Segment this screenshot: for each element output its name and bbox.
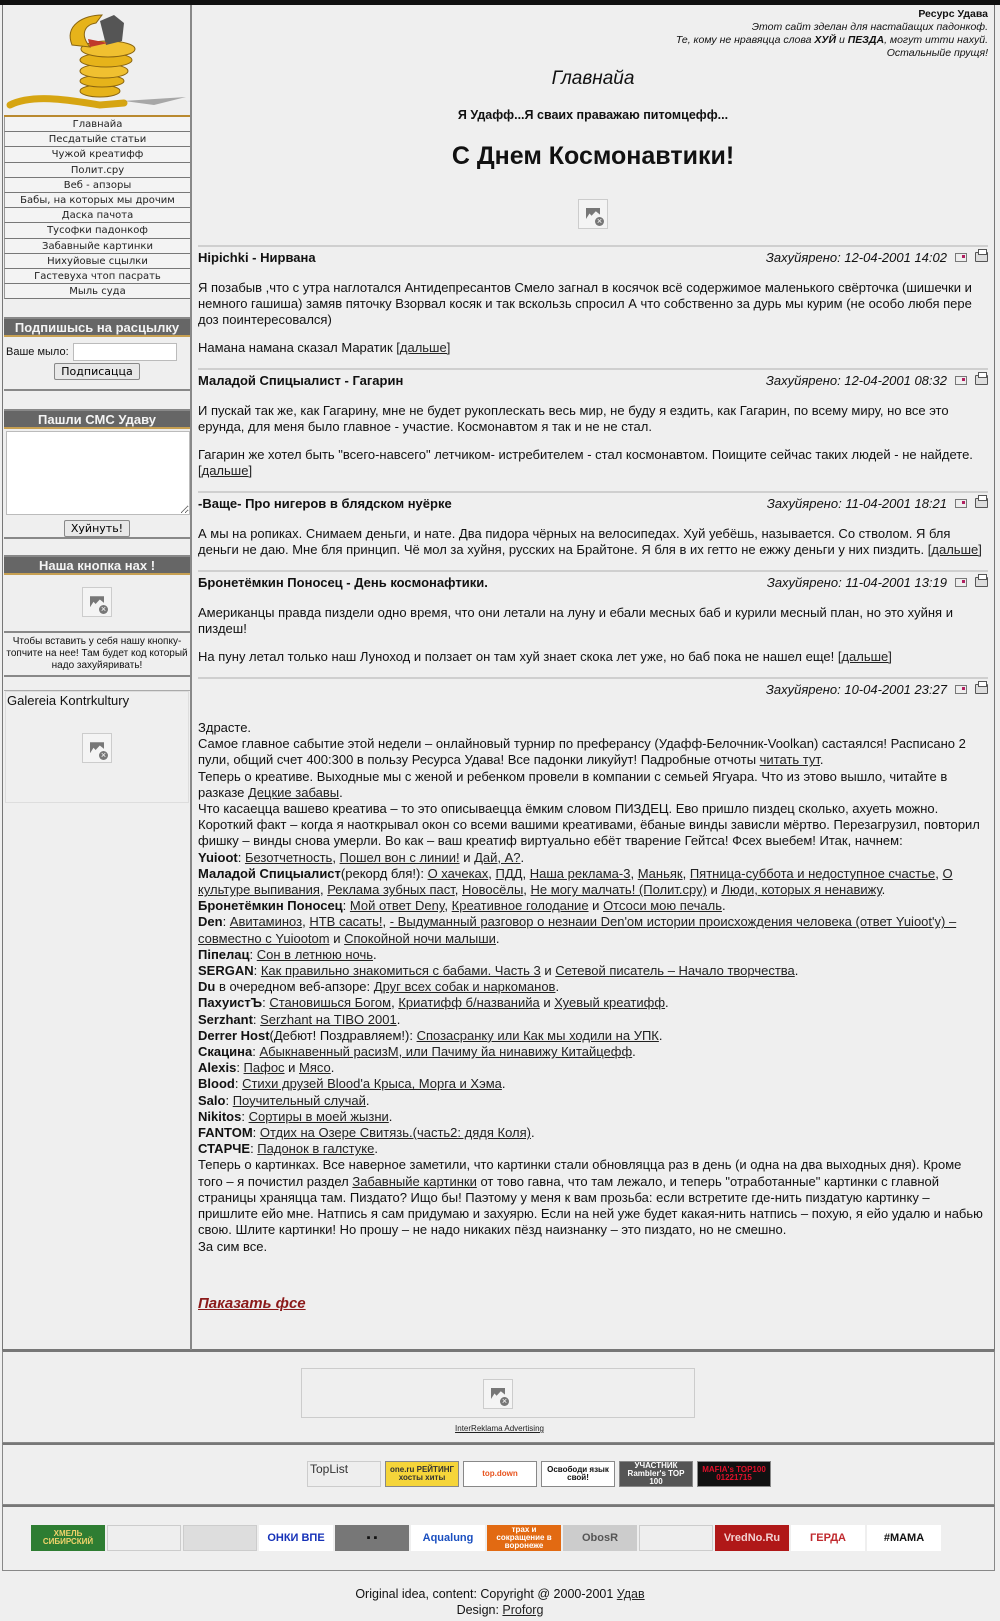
author-entry: Скацина: Абыкнавенный расизМ, или Пачиму… [198, 1044, 988, 1060]
nav-link[interactable]: Бабы, на которых мы дрочим [20, 195, 175, 206]
text: Гагарин же хотел быть "всего-навсего" ле… [198, 447, 973, 462]
author-entry: Yuioot: Безотчетность, Пошел вон с линии… [198, 850, 988, 866]
author-name: Nikitos [198, 1109, 241, 1124]
post-paragraph: И пускай так же, как Гагарину, мне не бу… [198, 403, 988, 435]
work-link[interactable]: Спокойной ночи малыши [344, 931, 496, 946]
nav-item[interactable]: Гастевуха чтоп пасрать [4, 269, 190, 284]
partner-banner[interactable]: ХМЕЛЬ СИБИРСКИЙ [31, 1525, 105, 1551]
print-icon[interactable] [975, 684, 988, 694]
work-link[interactable]: Сетевой писатель – Начало творчества [555, 963, 795, 978]
sms-send-button[interactable]: Хуйнуть! [64, 520, 130, 537]
separator: : [253, 1125, 260, 1140]
info-text: , могут итти нахуй. [884, 34, 988, 46]
author-name: СТАРЧЕ [198, 1141, 250, 1156]
nav-link[interactable]: Мыль суда [69, 286, 125, 297]
work-link[interactable]: Сон в летнюю ночь [257, 947, 373, 962]
post-title: Бронетёмкин Поносец - День космонафтики. [198, 575, 488, 590]
nav-link[interactable]: Даска пачота [62, 210, 133, 221]
author-name: Маладой Спицыалист [198, 866, 341, 881]
author-entry: Salo: Поучительный случай. [198, 1093, 988, 1109]
work-link[interactable]: Не могу малчать! (Полит.сру) [531, 882, 707, 897]
main-nav: Главнайа Песдатыйе статьи Чужой креатифф… [4, 117, 190, 299]
design-text: Design: [457, 1603, 503, 1617]
counter-list: TopListone.ru РЕЙТИНГ хосты хитыtop.down… [307, 1461, 771, 1487]
work-link[interactable]: Пятница-суббота и недоступное счастье [690, 866, 935, 881]
author-name: Du [198, 979, 215, 994]
post-title: Hipichki - Нирвана [198, 250, 316, 265]
text: А мы на ропиках. Снимаем деньги, и нате.… [198, 526, 950, 557]
work-link[interactable]: Мясо [299, 1060, 331, 1075]
email-label: Ваше мыло: [6, 346, 69, 358]
story-link[interactable]: Децкие забавы [248, 785, 339, 800]
counter-area: TopListone.ru РЕЙТИНГ хосты хитыtop.down… [2, 1443, 995, 1505]
footer: Original idea, content: Copyright @ 2000… [0, 1586, 1000, 1618]
banner-area: ХМЕЛЬ СИБИРСКИЙОНКИ ВПЕ▪ ▪Aqualungтрах и… [2, 1505, 995, 1571]
info-text: и [836, 34, 848, 46]
spacer [4, 299, 190, 319]
work-link[interactable]: Креативное голодание [452, 898, 589, 913]
author-entry: Den: Авитаминоз, НТВ сасать!, - Выдуманн… [198, 914, 988, 946]
work-link[interactable]: О хачеках [428, 866, 489, 881]
nav-link[interactable]: Нихуйовые сцылки [47, 256, 148, 267]
subscribe-button[interactable]: Подписацца [54, 363, 139, 380]
nav-item[interactable]: Главнайа [4, 117, 190, 132]
author-name: Den [198, 914, 223, 929]
post-body: И пускай так же, как Гагарину, мне не бу… [198, 403, 988, 479]
info-line-1: Этот сайт зделан для настайащих падонкоф… [198, 21, 988, 34]
separator: : [254, 963, 261, 978]
post-meta: Захуйярено: 11-04-2001 18:21 [767, 496, 988, 511]
nav-item[interactable]: Чужой креатифф [4, 147, 190, 162]
closing: За сим все. [198, 1239, 988, 1255]
separator: : [225, 1093, 232, 1108]
author-name: Serzhant [198, 1012, 253, 1027]
info-word: ХУЙ [814, 34, 836, 46]
post-paragraph: На пуну летал только наш Луноход и полза… [198, 649, 988, 665]
mail-icon[interactable] [955, 685, 967, 694]
read-here-link[interactable]: читать тут [760, 752, 820, 767]
author-list: Yuioot: Безотчетность, Пошел вон с линии… [198, 850, 988, 1158]
nav-item[interactable]: Забавныйе картинки [4, 239, 190, 254]
post-paragraph: Американцы правда пиздели одно время, чт… [198, 605, 988, 637]
work-link[interactable]: Поучительный случай [233, 1093, 366, 1108]
gallery-title: Galereia Kontrkultury [6, 692, 188, 709]
post-meta: Захуйярено: 11-04-2001 13:19 [767, 575, 988, 590]
broken-image-icon [483, 1379, 513, 1409]
author-name: ПахуистЪ [198, 995, 262, 1010]
print-icon[interactable] [975, 252, 988, 262]
show-all-link[interactable]: Паказать фсе [198, 1295, 306, 1312]
tagline: Я Удафф...Я сваих праважаю питомцефф... [198, 108, 988, 122]
text: Американцы правда пиздели одно время, чт… [198, 605, 953, 636]
broken-image-icon[interactable] [578, 199, 608, 229]
print-icon[interactable] [975, 498, 988, 508]
more-link[interactable]: [дальше] [396, 340, 450, 355]
separator: : [223, 914, 230, 929]
partner-banner[interactable]: трах и сокращение в воронеже [487, 1525, 561, 1551]
page-title: Главнайа [198, 68, 988, 90]
posted-label: Захуйярено: [766, 682, 841, 697]
digest-paragraph: Теперь о картинках. Все наверное заметил… [198, 1157, 988, 1238]
author-note: (рекорд бля!) [341, 866, 420, 881]
nav-link[interactable]: Песдатыйе статьи [49, 134, 146, 145]
work-link[interactable]: Абыкнавенный расизМ, или Пачиму йа нинав… [259, 1044, 632, 1059]
resource-title: Ресурс Удава [198, 8, 988, 21]
author-name: SERGAN [198, 963, 254, 978]
work-link[interactable]: Пафос [244, 1060, 285, 1075]
work-link[interactable]: Становишься Богом [269, 995, 391, 1010]
subscribe-heading: Подпишысь на расцылку [4, 319, 190, 337]
work-link[interactable]: Дай, А? [474, 850, 520, 865]
post-paragraph: Я позабыв ,что с утра наглотался Антидеп… [198, 280, 988, 328]
post-paragraph: Гагарин же хотел быть "всего-навсего" ле… [198, 447, 988, 479]
work-link[interactable]: Как правильно знакомиться с бабами. Част… [261, 963, 541, 978]
ad-area: InterReklama Advertising [2, 1350, 995, 1443]
author-entry: Alexis: Пафос и Мясо. [198, 1060, 988, 1076]
print-icon[interactable] [975, 375, 988, 385]
info-line-2: Те, кому не нравяцца слова ХУЙ и ПЕЗДА, … [198, 34, 988, 47]
post-body: Американцы правда пиздели одно время, чт… [198, 605, 988, 665]
work-link[interactable]: НТВ сасать! [309, 914, 382, 929]
work-link[interactable]: Стихи друзей Blood'a Крыса, Морга и Хэма [242, 1076, 502, 1091]
counter-badge[interactable]: Освободи язык свой! [541, 1461, 615, 1487]
separator: : [343, 898, 350, 913]
work-link[interactable]: Пошел вон с линии! [340, 850, 460, 865]
subscribe-box: Подпишысь на расцылку Ваше мыло: Подписа… [4, 319, 190, 391]
partner-banner[interactable]: #MAMA [867, 1525, 941, 1551]
work-link[interactable]: Наша реклама-3 [530, 866, 631, 881]
author-entry: Du в очередном веб-апзоре: Друг всех соб… [198, 979, 988, 995]
author-name: Yuioot [198, 850, 238, 865]
partner-banner[interactable]: VredNo.Ru [715, 1525, 789, 1551]
partner-banner[interactable]: ▪ ▪ [335, 1525, 409, 1551]
separator: : [235, 1076, 242, 1091]
partner-banner[interactable]: ObosR [563, 1525, 637, 1551]
banner-list: ХМЕЛЬ СИБИРСКИЙОНКИ ВПЕ▪ ▪Aqualungтрах и… [31, 1525, 941, 1551]
separator: : [238, 850, 245, 865]
work-link[interactable]: Друг всех собак и наркоманов [374, 979, 556, 994]
work-link[interactable]: Маньяк [638, 866, 683, 881]
counter-badge[interactable]: MAFIA's TOP100 01221715 [697, 1461, 771, 1487]
gallery-box: Galereia Kontrkultury [5, 691, 189, 803]
author-entry: Serzhant: Serzhant на TIBO 2001. [198, 1012, 988, 1028]
nav-link[interactable]: Главнайа [73, 119, 123, 130]
our-button-box: Наша кнопка нах ! Чтобы вставить у себя … [4, 557, 190, 677]
separator: : [420, 866, 427, 881]
work-link[interactable]: Спозасранку или Как мы ходили на УПК [417, 1028, 659, 1043]
post-list: Hipichki - НирванаЗахуйярено: 12-04-2001… [198, 245, 988, 665]
nav-link[interactable]: Полит.сру [71, 165, 124, 176]
work-link[interactable]: Люди, которых я ненавижу [721, 882, 881, 897]
sidebar: Главнайа Песдатыйе статьи Чужой креатифф… [4, 5, 192, 1350]
author-name: FANTOM [198, 1125, 253, 1140]
post-body: Я позабыв ,что с утра наглотался Антидеп… [198, 280, 988, 356]
post-meta: Захуйярено: 12-04-2001 14:02 [766, 250, 988, 265]
text: И пускай так же, как Гагарину, мне не бу… [198, 403, 949, 434]
nav-item[interactable]: Веб - апзоры [4, 178, 190, 193]
post-title: -Ваще- Про нигеров в блядском нуёрке [198, 496, 452, 511]
greeting: Здрасте. [198, 720, 988, 736]
our-button-description: Чтобы вставить у себя нашу кнопку- топчи… [4, 633, 190, 675]
nav-item[interactable]: Мыль суда [4, 284, 190, 299]
nav-link[interactable]: Тусофки падонкоф [47, 225, 148, 236]
nav-item[interactable]: Песдатыйе статьи [4, 132, 190, 147]
funny-pictures-link[interactable]: Забавныйе картинки [352, 1174, 476, 1189]
work-link[interactable]: Падонок в галстуке [257, 1141, 374, 1156]
work-link[interactable]: Сортиры в моей жызни [249, 1109, 389, 1124]
nav-item[interactable]: Тусофки падонкоф [4, 223, 190, 238]
post-date: 10-04-2001 23:27 [844, 682, 947, 697]
holiday-heading: С Днем Космонавтики! [198, 142, 988, 171]
post-meta: Захуйярено: 10-04-2001 23:27 [766, 682, 988, 697]
digest-body: Здрасте. Самое главное сабытие этой неде… [198, 720, 988, 1255]
counter-badge[interactable]: top.down [463, 1461, 537, 1487]
post-meta: Захуйярено: 12-04-2001 08:32 [766, 373, 988, 388]
text: Я позабыв ,что с утра наглотался Антидеп… [198, 280, 972, 327]
post: Hipichki - НирванаЗахуйярено: 12-04-2001… [198, 245, 988, 356]
nav-item[interactable]: Даска пачота [4, 208, 190, 223]
post: Маладой Спицыалист - ГагаринЗахуйярено: … [198, 368, 988, 479]
posted-label: Захуйярено: [766, 373, 841, 388]
posted-label: Захуйярено: [767, 496, 842, 511]
author-entry: Nikitos: Сортиры в моей жызни. [198, 1109, 988, 1125]
partner-banner[interactable] [183, 1525, 257, 1551]
work-link[interactable]: ПДД [496, 866, 523, 881]
text: Намана намана сказал Маратик [198, 340, 393, 355]
author-note: (Дебют! Поздравляем!) [270, 1028, 410, 1043]
main-content: Ресурс Удава Этот сайт зделан для настай… [194, 5, 992, 1350]
post: Бронетёмкин Поносец - День космонафтики.… [198, 570, 988, 665]
author-entry: ПахуистЪ: Становишься Богом, Криатифф б/… [198, 995, 988, 1011]
nav-item[interactable]: Нихуйовые сцылки [4, 254, 190, 269]
spacer [4, 677, 190, 691]
post-paragraph: Намана намана сказал Маратик [дальше] [198, 340, 988, 356]
author-entry: FANTOM: Отдих на Озере Свитязь.(часть2: … [198, 1125, 988, 1141]
work-link[interactable]: Отдих на Озере Свитязь.(часть2: дядя Кол… [260, 1125, 531, 1140]
copyright-text: Original idea, content: Copyright @ 2000… [355, 1587, 616, 1601]
work-link[interactable]: Безотчетность [245, 850, 332, 865]
spacer [4, 391, 190, 411]
more-link[interactable]: [дальше] [928, 542, 982, 557]
work-link[interactable]: Serzhant на TIBO 2001 [260, 1012, 397, 1027]
work-link[interactable]: Криатифф б/названийа [398, 995, 539, 1010]
broken-image-icon[interactable] [82, 587, 112, 617]
nav-link[interactable]: Гастевуха чтоп пасрать [34, 271, 161, 282]
author-link[interactable]: Удав [617, 1587, 645, 1601]
partner-banner[interactable]: ОНКИ ВПЕ [259, 1525, 333, 1551]
print-icon[interactable] [975, 577, 988, 587]
post-date: 12-04-2001 08:32 [844, 373, 947, 388]
mail-icon[interactable] [955, 376, 967, 385]
digest-paragraph: Самое главное сабытие этой недели – онла… [198, 736, 988, 768]
partner-banner[interactable]: ГЕРДА [791, 1525, 865, 1551]
post-title: Маладой Спицыалист - Гагарин [198, 373, 403, 388]
work-link[interactable]: Авитаминоз [230, 914, 302, 929]
post-paragraph: А мы на ропиках. Снимаем деньги, и нате.… [198, 526, 988, 558]
digest-paragraph: Что касаецца вашево креатива – то это оп… [198, 801, 988, 850]
author-entry: СТАРЧЕ: Падонок в галстуке. [198, 1141, 988, 1157]
mail-icon[interactable] [955, 253, 967, 262]
our-button-heading: Наша кнопка нах ! [4, 557, 190, 575]
more-link[interactable]: [дальше] [838, 649, 892, 664]
mail-icon[interactable] [955, 578, 967, 587]
post: -Ваще- Про нигеров в блядском нуёркеЗаху… [198, 491, 988, 558]
work-link[interactable]: Хуевый креатифф [554, 995, 665, 1010]
digest-paragraph: Теперь о креативе. Выходные мы с женой и… [198, 769, 988, 801]
counter-badge[interactable]: one.ru РЕЙТИНГ хосты хиты [385, 1461, 459, 1487]
work-link[interactable]: Мой ответ Deny [350, 898, 445, 913]
author-name: Бронетёмкин Поносец [198, 898, 343, 913]
digest-post: Захуйярено: 10-04-2001 23:27 Здрасте. Са… [198, 677, 988, 1312]
nav-link[interactable]: Чужой креатифф [52, 149, 144, 160]
author-entry: Blood: Стихи друзей Blood'a Крыса, Морга… [198, 1076, 988, 1092]
author-name: Derrer Host [198, 1028, 270, 1043]
posted-label: Захуйярено: [767, 575, 842, 590]
partner-banner[interactable] [639, 1525, 713, 1551]
logo[interactable] [4, 5, 190, 117]
post-date: 11-04-2001 18:21 [845, 496, 947, 511]
mail-icon[interactable] [955, 499, 967, 508]
nav-link[interactable]: Веб - апзоры [64, 180, 132, 191]
author-name: Blood [198, 1076, 235, 1091]
separator: : [241, 1109, 248, 1124]
counter-badge[interactable]: TopList [307, 1461, 381, 1487]
partner-banner[interactable] [107, 1525, 181, 1551]
author-name: Salo [198, 1093, 225, 1108]
info-word: ПЕЗДА [848, 34, 884, 46]
author-entry: Пiпелац: Сон в летнюю ночь. [198, 947, 988, 963]
post-date: 11-04-2001 13:19 [845, 575, 947, 590]
post-body: А мы на ропиках. Снимаем деньги, и нате.… [198, 526, 988, 558]
work-link[interactable]: Реклама зубных паст [327, 882, 455, 897]
nav-item[interactable]: Бабы, на которых мы дрочим [4, 193, 190, 208]
email-input[interactable] [73, 343, 177, 361]
info-text: Те, кому не нравяцца слова [676, 34, 815, 46]
author-entry: Derrer Host(Дебют! Поздравляем!): Спозас… [198, 1028, 988, 1044]
broken-image-icon[interactable] [82, 733, 112, 763]
author-name: Alexis [198, 1060, 236, 1075]
sms-box: Пашли СМС Удаву Хуйнуть! [4, 411, 190, 539]
sms-heading: Пашли СМС Удаву [4, 411, 190, 429]
info-line-3: Остальныйе прущя! [198, 47, 988, 60]
designer-link[interactable]: Proforg [502, 1603, 543, 1617]
sms-textarea[interactable] [6, 431, 190, 515]
separator: : [236, 1060, 243, 1075]
site-info: Ресурс Удава Этот сайт зделан для настай… [198, 5, 988, 60]
ad-banner[interactable] [301, 1368, 695, 1418]
text: Самое главное сабытие этой недели – онла… [198, 736, 966, 767]
posted-label: Захуйярено: [766, 250, 841, 265]
more-link[interactable]: [дальше] [198, 463, 252, 478]
separator: : [409, 1028, 416, 1043]
work-link[interactable]: Отсоси мою печаль [603, 898, 722, 913]
nav-link[interactable]: Забавныйе картинки [42, 241, 153, 252]
author-entry: Бронетёмкин Поносец: Мой ответ Deny, Кре… [198, 898, 988, 914]
text: На пуну летал только наш Луноход и полза… [198, 649, 834, 664]
author-name: Скацина [198, 1044, 252, 1059]
separator: : [367, 979, 374, 994]
post-date: 12-04-2001 14:02 [844, 250, 947, 265]
author-note: в очередном веб-апзоре [215, 979, 366, 994]
counter-badge[interactable]: УЧАСТНИК Rambler's TOP 100 [619, 1461, 693, 1487]
separator: : [250, 947, 257, 962]
author-name: Пiпелац [198, 947, 250, 962]
snake-logo-icon [4, 5, 190, 117]
nav-item[interactable]: Полит.сру [4, 163, 190, 178]
spacer [4, 539, 190, 557]
author-entry: Маладой Спицыалист(рекорд бля!): О хачек… [198, 866, 988, 898]
ad-caption-link[interactable]: InterReklama Advertising [455, 1424, 544, 1433]
work-link[interactable]: Новосёлы [462, 882, 523, 897]
author-entry: SERGAN: Как правильно знакомиться с баба… [198, 963, 988, 979]
partner-banner[interactable]: Aqualung [411, 1525, 485, 1551]
